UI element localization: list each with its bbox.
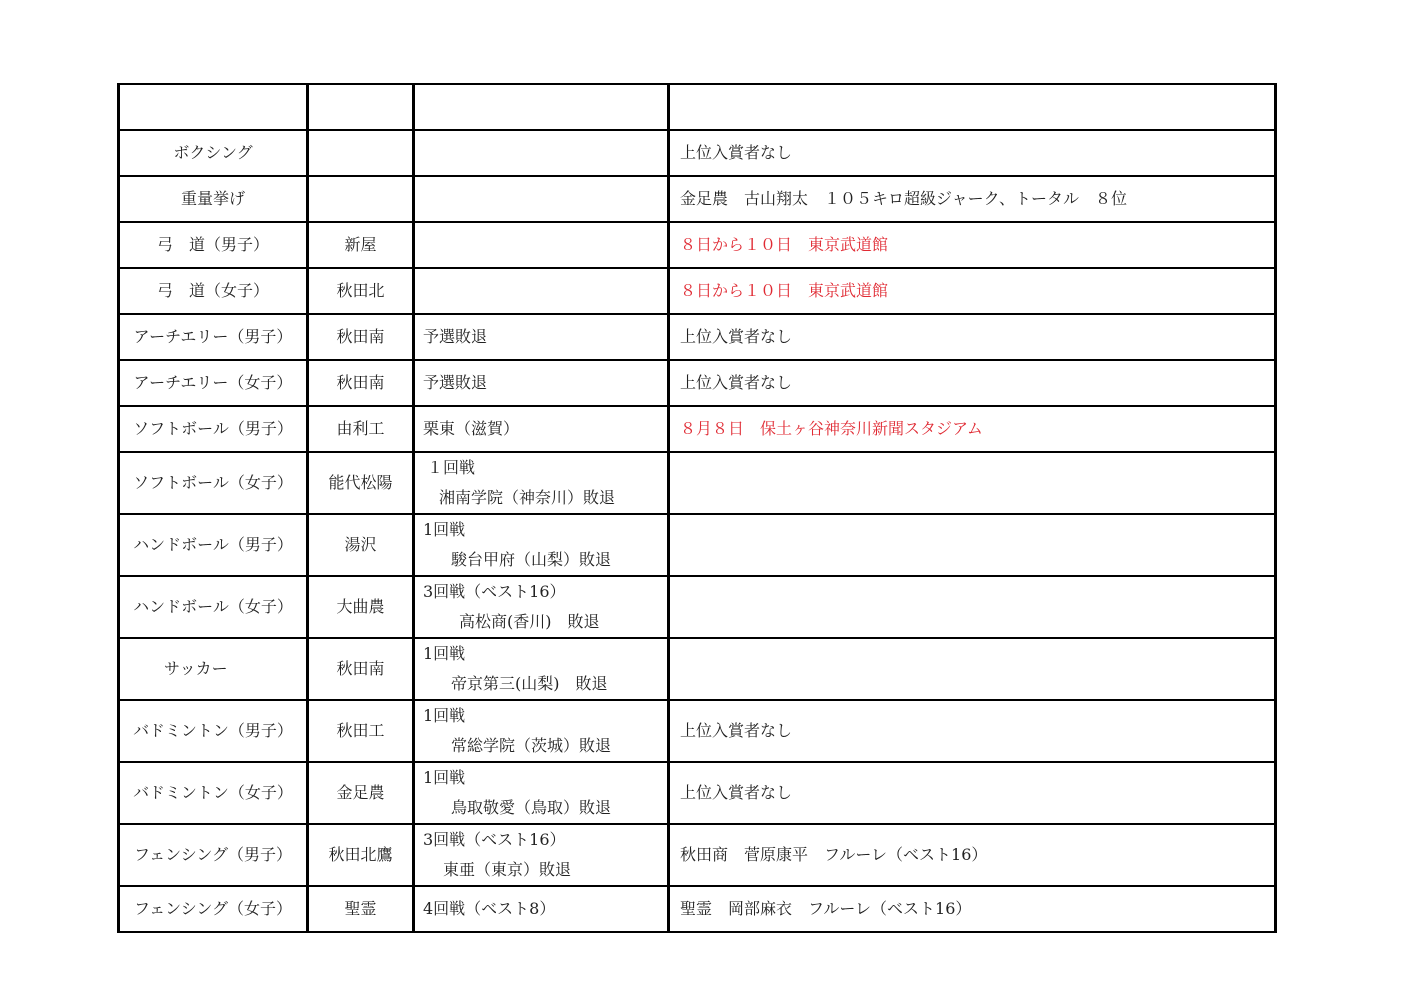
result-cell	[414, 176, 669, 222]
school-cell: 秋田南	[308, 638, 414, 700]
note-cell	[669, 638, 1276, 700]
table-row: フェンシング（女子） 聖霊 4回戦（ベスト8） 聖霊 岡部麻衣 フルーレ（ベスト…	[119, 886, 1276, 932]
result-opponent: 東亜（東京）敗退	[423, 855, 667, 885]
note-cell: 秋田商 菅原康平 フルーレ（ベスト16）	[669, 824, 1276, 886]
result-cell: 予選敗退	[414, 360, 669, 406]
result-line: 栗東（滋賀）	[423, 414, 667, 444]
sport-cell: ハンドボール（女子）	[119, 576, 308, 638]
result-opponent: 湘南学院（神奈川）敗退	[423, 483, 667, 513]
result-cell	[414, 268, 669, 314]
school-cell	[308, 130, 414, 176]
table-header-row	[119, 84, 1276, 130]
header-cell-result	[414, 84, 669, 130]
sport-cell: バドミントン（男子）	[119, 700, 308, 762]
header-cell-school	[308, 84, 414, 130]
result-round: 1回戦	[423, 639, 667, 669]
note-cell: 上位入賞者なし	[669, 762, 1276, 824]
result-cell: 3回戦（ベスト16） 東亜（東京）敗退	[414, 824, 669, 886]
school-cell: 湯沢	[308, 514, 414, 576]
sport-cell: 弓 道（男子）	[119, 222, 308, 268]
table-row: バドミントン（男子） 秋田工 1回戦 常総学院（茨城）敗退 上位入賞者なし	[119, 700, 1276, 762]
table-row: フェンシング（男子） 秋田北鷹 3回戦（ベスト16） 東亜（東京）敗退 秋田商 …	[119, 824, 1276, 886]
sport-cell: アーチエリー（男子）	[119, 314, 308, 360]
result-opponent: 帝京第三(山梨) 敗退	[423, 669, 667, 699]
sport-cell: アーチエリー（女子）	[119, 360, 308, 406]
school-cell: 秋田工	[308, 700, 414, 762]
sport-cell: ハンドボール（男子）	[119, 514, 308, 576]
result-round: 4回戦（ベスト8）	[423, 894, 667, 924]
header-cell-note	[669, 84, 1276, 130]
school-cell: 能代松陽	[308, 452, 414, 514]
results-table: ボクシング 上位入賞者なし 重量挙げ 金足農 古山翔太 １０５キロ超級ジャーク、…	[117, 83, 1277, 933]
result-cell: １回戦 湘南学院（神奈川）敗退	[414, 452, 669, 514]
table-row: アーチエリー（男子） 秋田南 予選敗退 上位入賞者なし	[119, 314, 1276, 360]
result-opponent: 駿台甲府（山梨）敗退	[423, 545, 667, 575]
sport-cell: ソフトボール（男子）	[119, 406, 308, 452]
table-row: サッカー 秋田南 1回戦 帝京第三(山梨) 敗退	[119, 638, 1276, 700]
table-row: アーチエリー（女子） 秋田南 予選敗退 上位入賞者なし	[119, 360, 1276, 406]
school-cell: 秋田南	[308, 314, 414, 360]
sport-cell: ソフトボール（女子）	[119, 452, 308, 514]
result-round: 1回戦	[423, 701, 667, 731]
result-cell	[414, 222, 669, 268]
table-row: ソフトボール（男子） 由利工 栗東（滋賀） ８月８日 保土ヶ谷神奈川新聞スタジア…	[119, 406, 1276, 452]
table-row: 弓 道（女子） 秋田北 ８日から１０日 東京武道館	[119, 268, 1276, 314]
note-cell: 上位入賞者なし	[669, 700, 1276, 762]
note-cell	[669, 576, 1276, 638]
sport-cell: フェンシング（女子）	[119, 886, 308, 932]
table-row: ボクシング 上位入賞者なし	[119, 130, 1276, 176]
note-cell-highlight: ８日から１０日 東京武道館	[669, 222, 1276, 268]
result-round: 1回戦	[423, 515, 667, 545]
note-cell-highlight: ８月８日 保土ヶ谷神奈川新聞スタジアム	[669, 406, 1276, 452]
result-round: 1回戦	[423, 763, 667, 793]
school-cell: 聖霊	[308, 886, 414, 932]
document-page: ボクシング 上位入賞者なし 重量挙げ 金足農 古山翔太 １０５キロ超級ジャーク、…	[0, 0, 1403, 992]
result-opponent: 高松商(香川) 敗退	[423, 607, 667, 637]
sport-cell: サッカー	[119, 638, 308, 700]
school-cell: 大曲農	[308, 576, 414, 638]
note-cell: 上位入賞者なし	[669, 314, 1276, 360]
note-cell: 上位入賞者なし	[669, 360, 1276, 406]
note-cell-highlight: ８日から１０日 東京武道館	[669, 268, 1276, 314]
sport-cell: フェンシング（男子）	[119, 824, 308, 886]
result-cell: 3回戦（ベスト16） 高松商(香川) 敗退	[414, 576, 669, 638]
sport-cell: 重量挙げ	[119, 176, 308, 222]
school-cell: 新屋	[308, 222, 414, 268]
result-cell: 栗東（滋賀）	[414, 406, 669, 452]
header-cell-sport	[119, 84, 308, 130]
table-row: ソフトボール（女子） 能代松陽 １回戦 湘南学院（神奈川）敗退	[119, 452, 1276, 514]
table-row: バドミントン（女子） 金足農 1回戦 鳥取敬愛（鳥取）敗退 上位入賞者なし	[119, 762, 1276, 824]
table-row: 弓 道（男子） 新屋 ８日から１０日 東京武道館	[119, 222, 1276, 268]
result-cell: 1回戦 鳥取敬愛（鳥取）敗退	[414, 762, 669, 824]
result-cell: 1回戦 常総学院（茨城）敗退	[414, 700, 669, 762]
school-cell: 秋田南	[308, 360, 414, 406]
school-cell: 金足農	[308, 762, 414, 824]
note-cell	[669, 514, 1276, 576]
table-row: 重量挙げ 金足農 古山翔太 １０５キロ超級ジャーク、トータル ８位	[119, 176, 1276, 222]
result-cell: 4回戦（ベスト8）	[414, 886, 669, 932]
result-round: １回戦	[423, 453, 667, 483]
result-line: 予選敗退	[423, 322, 667, 352]
result-round: 3回戦（ベスト16）	[423, 577, 667, 607]
result-cell	[414, 130, 669, 176]
note-cell: 金足農 古山翔太 １０５キロ超級ジャーク、トータル ８位	[669, 176, 1276, 222]
school-cell	[308, 176, 414, 222]
school-cell: 秋田北	[308, 268, 414, 314]
note-cell	[669, 452, 1276, 514]
result-round: 3回戦（ベスト16）	[423, 825, 667, 855]
result-cell: 予選敗退	[414, 314, 669, 360]
table-row: ハンドボール（女子） 大曲農 3回戦（ベスト16） 高松商(香川) 敗退	[119, 576, 1276, 638]
note-cell: 聖霊 岡部麻衣 フルーレ（ベスト16）	[669, 886, 1276, 932]
sport-cell: ボクシング	[119, 130, 308, 176]
sport-cell: 弓 道（女子）	[119, 268, 308, 314]
table-row: ハンドボール（男子） 湯沢 1回戦 駿台甲府（山梨）敗退	[119, 514, 1276, 576]
result-cell: 1回戦 駿台甲府（山梨）敗退	[414, 514, 669, 576]
school-cell: 秋田北鷹	[308, 824, 414, 886]
school-cell: 由利工	[308, 406, 414, 452]
result-opponent: 鳥取敬愛（鳥取）敗退	[423, 793, 667, 823]
note-cell: 上位入賞者なし	[669, 130, 1276, 176]
sport-cell: バドミントン（女子）	[119, 762, 308, 824]
result-cell: 1回戦 帝京第三(山梨) 敗退	[414, 638, 669, 700]
result-line: 予選敗退	[423, 368, 667, 398]
result-opponent: 常総学院（茨城）敗退	[423, 731, 667, 761]
